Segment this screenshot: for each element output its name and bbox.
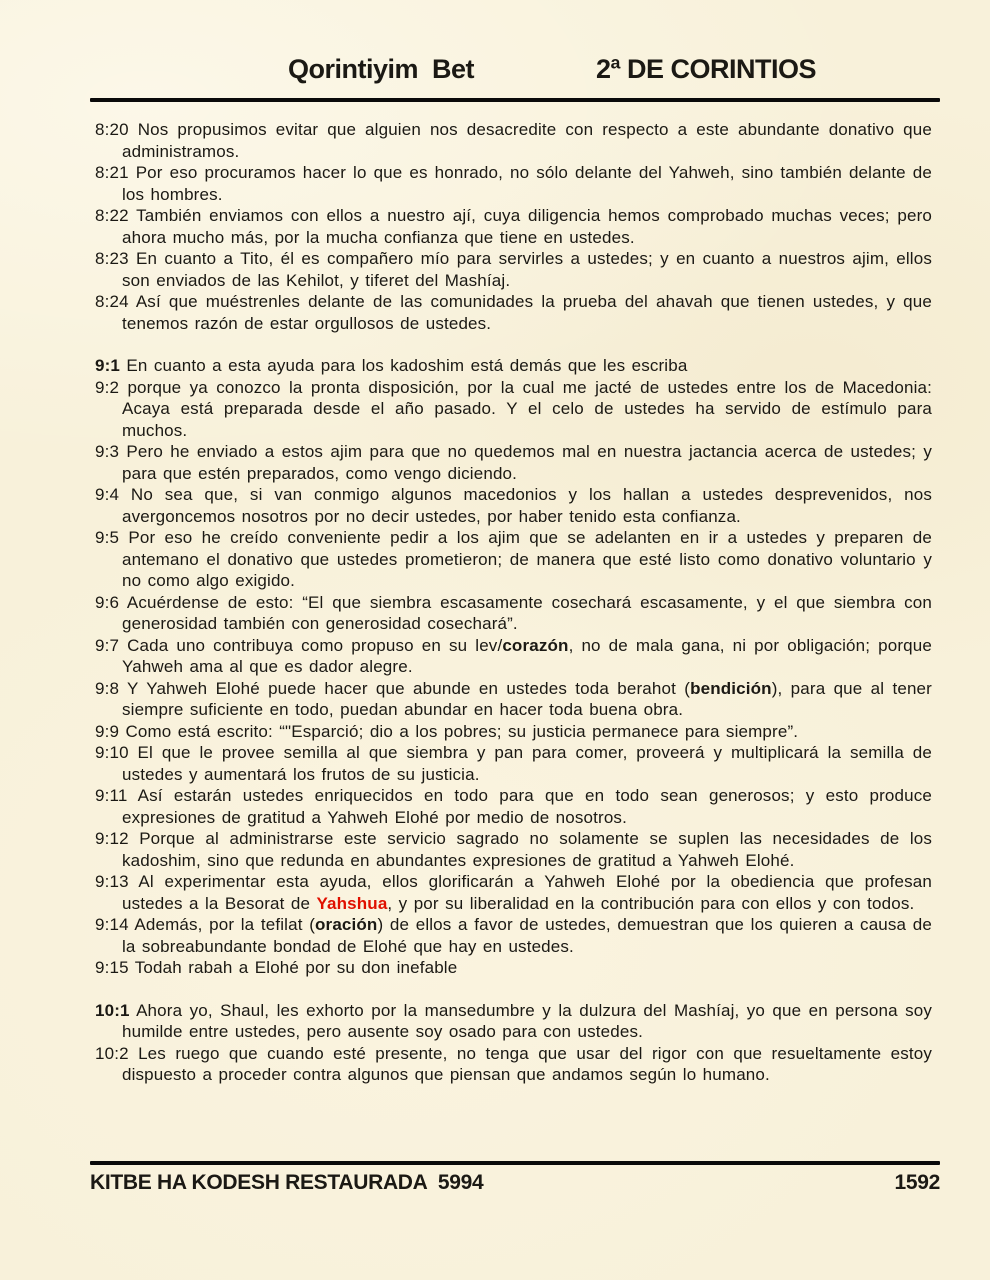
page-number: 1592 (894, 1171, 940, 1195)
verse-text: Ahora yo, Shaul, les exhorto por la mans… (122, 1001, 932, 1042)
verse-text: 9:15 Todah rabah a Elohé por su don inef… (95, 958, 457, 977)
verse-text: 8:20 Nos propusimos evitar que alguien n… (95, 120, 932, 161)
header-rule (90, 98, 940, 102)
verse-8-24: 8:24 Así que muéstrenles delante de las … (95, 291, 932, 334)
verse-text: 9:2 porque ya conozco la pronta disposic… (95, 378, 932, 440)
verse-9-15: 9:15 Todah rabah a Elohé por su don inef… (95, 957, 932, 979)
verse-text: oración (315, 915, 377, 934)
verse-text: 9:4 No sea que, si van conmigo algunos m… (95, 485, 932, 526)
verse-10-1: 10:1 Ahora yo, Shaul, les exhorto por la… (95, 1000, 932, 1043)
highlighted-name: Yahshua (316, 894, 387, 913)
verse-text: 9:11 Así estarán ustedes enriquecidos en… (95, 786, 932, 827)
book-title-spanish: 2ª DE CORINTIOS (596, 54, 816, 85)
verse-8-21: 8:21 Por eso procuramos hacer lo que es … (95, 162, 932, 205)
verse-text: 8:22 También enviamos con ellos a nuestr… (95, 206, 932, 247)
edition-title: KITBE HA KODESH RESTAURADA 5994 (90, 1171, 483, 1195)
verse-list: 8:20 Nos propusimos evitar que alguien n… (95, 119, 932, 1086)
verse-text: 9:6 Acuérdense de esto: “El que siembra … (95, 593, 932, 634)
verse-text: 8:23 En cuanto a Tito, él es compañero m… (95, 249, 932, 290)
verse-text: 9:3 Pero he enviado a estos ajim para qu… (95, 442, 932, 483)
verse-9-14: 9:14 Además, por la tefilat (oración) de… (95, 914, 932, 957)
verse-8-22: 8:22 También enviamos con ellos a nuestr… (95, 205, 932, 248)
verse-9-2: 9:2 porque ya conozco la pronta disposic… (95, 377, 932, 442)
verse-text: corazón (502, 636, 568, 655)
book-title-transliterated: Qorintiyim Bet (288, 54, 474, 85)
verse-text: 9:9 Como está escrito: “"Esparció; dio a… (95, 722, 798, 741)
page-header: Qorintiyim Bet 2ª DE CORINTIOS (0, 0, 990, 85)
verse-9-3: 9:3 Pero he enviado a estos ajim para qu… (95, 441, 932, 484)
verse-text: En cuanto a esta ayuda para los kadoshim… (120, 356, 687, 375)
verse-8-23: 8:23 En cuanto a Tito, él es compañero m… (95, 248, 932, 291)
verse-text: 9:14 Además, por la tefilat ( (95, 915, 315, 934)
verse-text: 9:12 Porque al administrarse este servic… (95, 829, 932, 870)
verse-text: 9:1 (95, 356, 120, 375)
verse-text: 8:21 Por eso procuramos hacer lo que es … (95, 163, 932, 204)
verse-9-11: 9:11 Así estarán ustedes enriquecidos en… (95, 785, 932, 828)
verse-9-8: 9:8 Y Yahweh Elohé puede hacer que abund… (95, 678, 932, 721)
page-footer: KITBE HA KODESH RESTAURADA 5994 1592 (0, 1161, 990, 1195)
footer-row: KITBE HA KODESH RESTAURADA 5994 1592 (90, 1171, 940, 1195)
footer-rule (90, 1161, 940, 1165)
verse-10-2: 10:2 Les ruego que cuando esté presente,… (95, 1043, 932, 1086)
verse-9-6: 9:6 Acuérdense de esto: “El que siembra … (95, 592, 932, 635)
verse-text: 9:7 Cada uno contribuya como propuso en … (95, 636, 502, 655)
verse-text: 9:8 Y Yahweh Elohé puede hacer que abund… (95, 679, 690, 698)
verse-text: 9:5 Por eso he creído conveniente pedir … (95, 528, 932, 590)
verse-9-5: 9:5 Por eso he creído conveniente pedir … (95, 527, 932, 592)
verse-text: 10:1 (95, 1001, 130, 1020)
verse-9-10: 9:10 El que le provee semilla al que sie… (95, 742, 932, 785)
verse-9-7: 9:7 Cada uno contribuya como propuso en … (95, 635, 932, 678)
verse-9-4: 9:4 No sea que, si van conmigo algunos m… (95, 484, 932, 527)
verse-text: , y por su liberalidad en la contribució… (387, 894, 914, 913)
verse-text: 10:2 Les ruego que cuando esté presente,… (95, 1044, 932, 1085)
verse-9-12: 9:12 Porque al administrarse este servic… (95, 828, 932, 871)
verse-text: 8:24 Así que muéstrenles delante de las … (95, 292, 932, 333)
verse-9-1: 9:1 En cuanto a esta ayuda para los kado… (95, 355, 932, 377)
verse-8-20: 8:20 Nos propusimos evitar que alguien n… (95, 119, 932, 162)
verse-9-13: 9:13 Al experimentar esta ayuda, ellos g… (95, 871, 932, 914)
verse-9-9: 9:9 Como está escrito: “"Esparció; dio a… (95, 721, 932, 743)
verse-text: bendición (690, 679, 772, 698)
verse-text: 9:10 El que le provee semilla al que sie… (95, 743, 932, 784)
document-page: Qorintiyim Bet 2ª DE CORINTIOS 8:20 Nos … (0, 0, 990, 1280)
